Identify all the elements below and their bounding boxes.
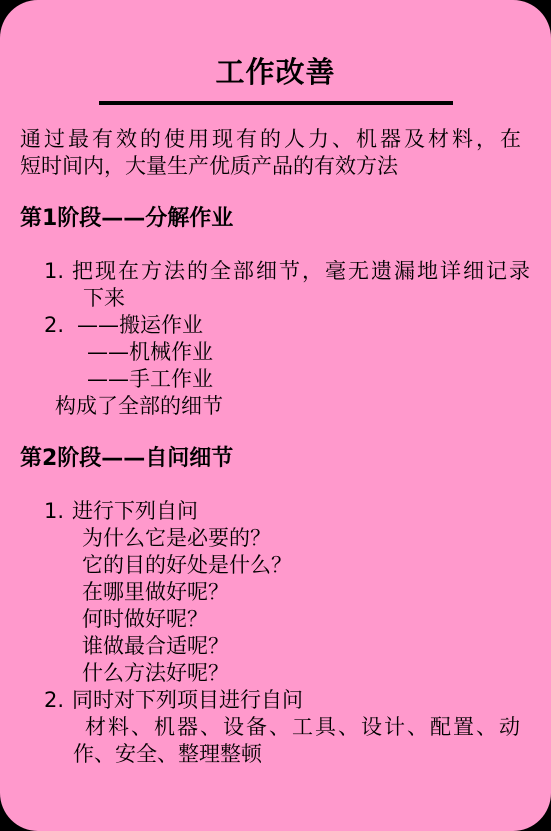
section-2-list: 1. 进行下列自问 为什么它是必要的？ 它的目的好处是什么？ 在哪里做好呢？ 何… [44, 498, 535, 768]
list-item-line: 为什么它是必要的？ [82, 525, 535, 552]
list-item-line: 材料、机器、设备、工具、设计、配置、动 [85, 714, 535, 741]
list-item-line: 何时做好呢？ [82, 606, 535, 633]
title-underline [99, 101, 453, 105]
list-item-lines: 把现在方法的全部细节，毫无遗漏地详细记录 下来 [72, 258, 535, 312]
list-item-number: 2. [44, 312, 72, 393]
list-item: 2. ——搬运作业 ——机械作业 ——手工作业 [44, 312, 535, 393]
list-footer-line: 构成了全部的细节 [55, 393, 535, 420]
list-item-line: 什么方法好呢？ [82, 660, 535, 687]
list-item-lines: 同时对下列项目进行自问 材料、机器、设备、工具、设计、配置、动 作、安全、整理整… [72, 687, 535, 768]
intro-paragraph: 通过最有效的使用现有的人力、机器及材料，在 短时间内，大量生产优质产品的有效方法 [20, 126, 531, 180]
list-item-number: 1. [44, 258, 72, 312]
list-item-line: ——机械作业 [87, 339, 535, 366]
list-item-line: 把现在方法的全部细节，毫无遗漏地详细记录 [72, 258, 535, 285]
intro-line: 通过最有效的使用现有的人力、机器及材料，在 [20, 126, 531, 153]
list-item: 1. 进行下列自问 为什么它是必要的？ 它的目的好处是什么？ 在哪里做好呢？ 何… [44, 498, 535, 687]
list-item: 1. 把现在方法的全部细节，毫无遗漏地详细记录 下来 [44, 258, 535, 312]
list-item-lines: ——搬运作业 ——机械作业 ——手工作业 [72, 312, 535, 393]
list-item-line: 同时对下列项目进行自问 [72, 687, 535, 714]
list-item-number: 2. [44, 687, 72, 768]
list-item: 2. 同时对下列项目进行自问 材料、机器、设备、工具、设计、配置、动 作、安全、… [44, 687, 535, 768]
slide-title: 工作改善 [0, 0, 551, 89]
section-1-heading: 第1阶段——分解作业 [20, 205, 531, 232]
list-item-line: 谁做最合适呢？ [82, 633, 535, 660]
page: { "colors": { "page_bg": "#000000", "car… [0, 0, 551, 831]
list-item-line: ——手工作业 [87, 366, 535, 393]
list-item-line: ——搬运作业 [77, 312, 535, 339]
intro-line: 短时间内，大量生产优质产品的有效方法 [20, 153, 531, 180]
section-1-list: 1. 把现在方法的全部细节，毫无遗漏地详细记录 下来 2. ——搬运作业 ——机… [44, 258, 535, 420]
list-item-line: 进行下列自问 [72, 498, 535, 525]
list-item-line: 它的目的好处是什么？ [82, 552, 535, 579]
list-item-lines: 进行下列自问 为什么它是必要的？ 它的目的好处是什么？ 在哪里做好呢？ 何时做好… [72, 498, 535, 687]
list-item-line: 在哪里做好呢？ [82, 579, 535, 606]
slide-card: 工作改善 通过最有效的使用现有的人力、机器及材料，在 短时间内，大量生产优质产品… [0, 0, 551, 831]
list-item-line: 下来 [83, 285, 535, 312]
section-2-heading: 第2阶段——自问细节 [20, 445, 531, 472]
list-item-line: 作、安全、整理整顿 [73, 741, 535, 768]
list-item-number: 1. [44, 498, 72, 687]
